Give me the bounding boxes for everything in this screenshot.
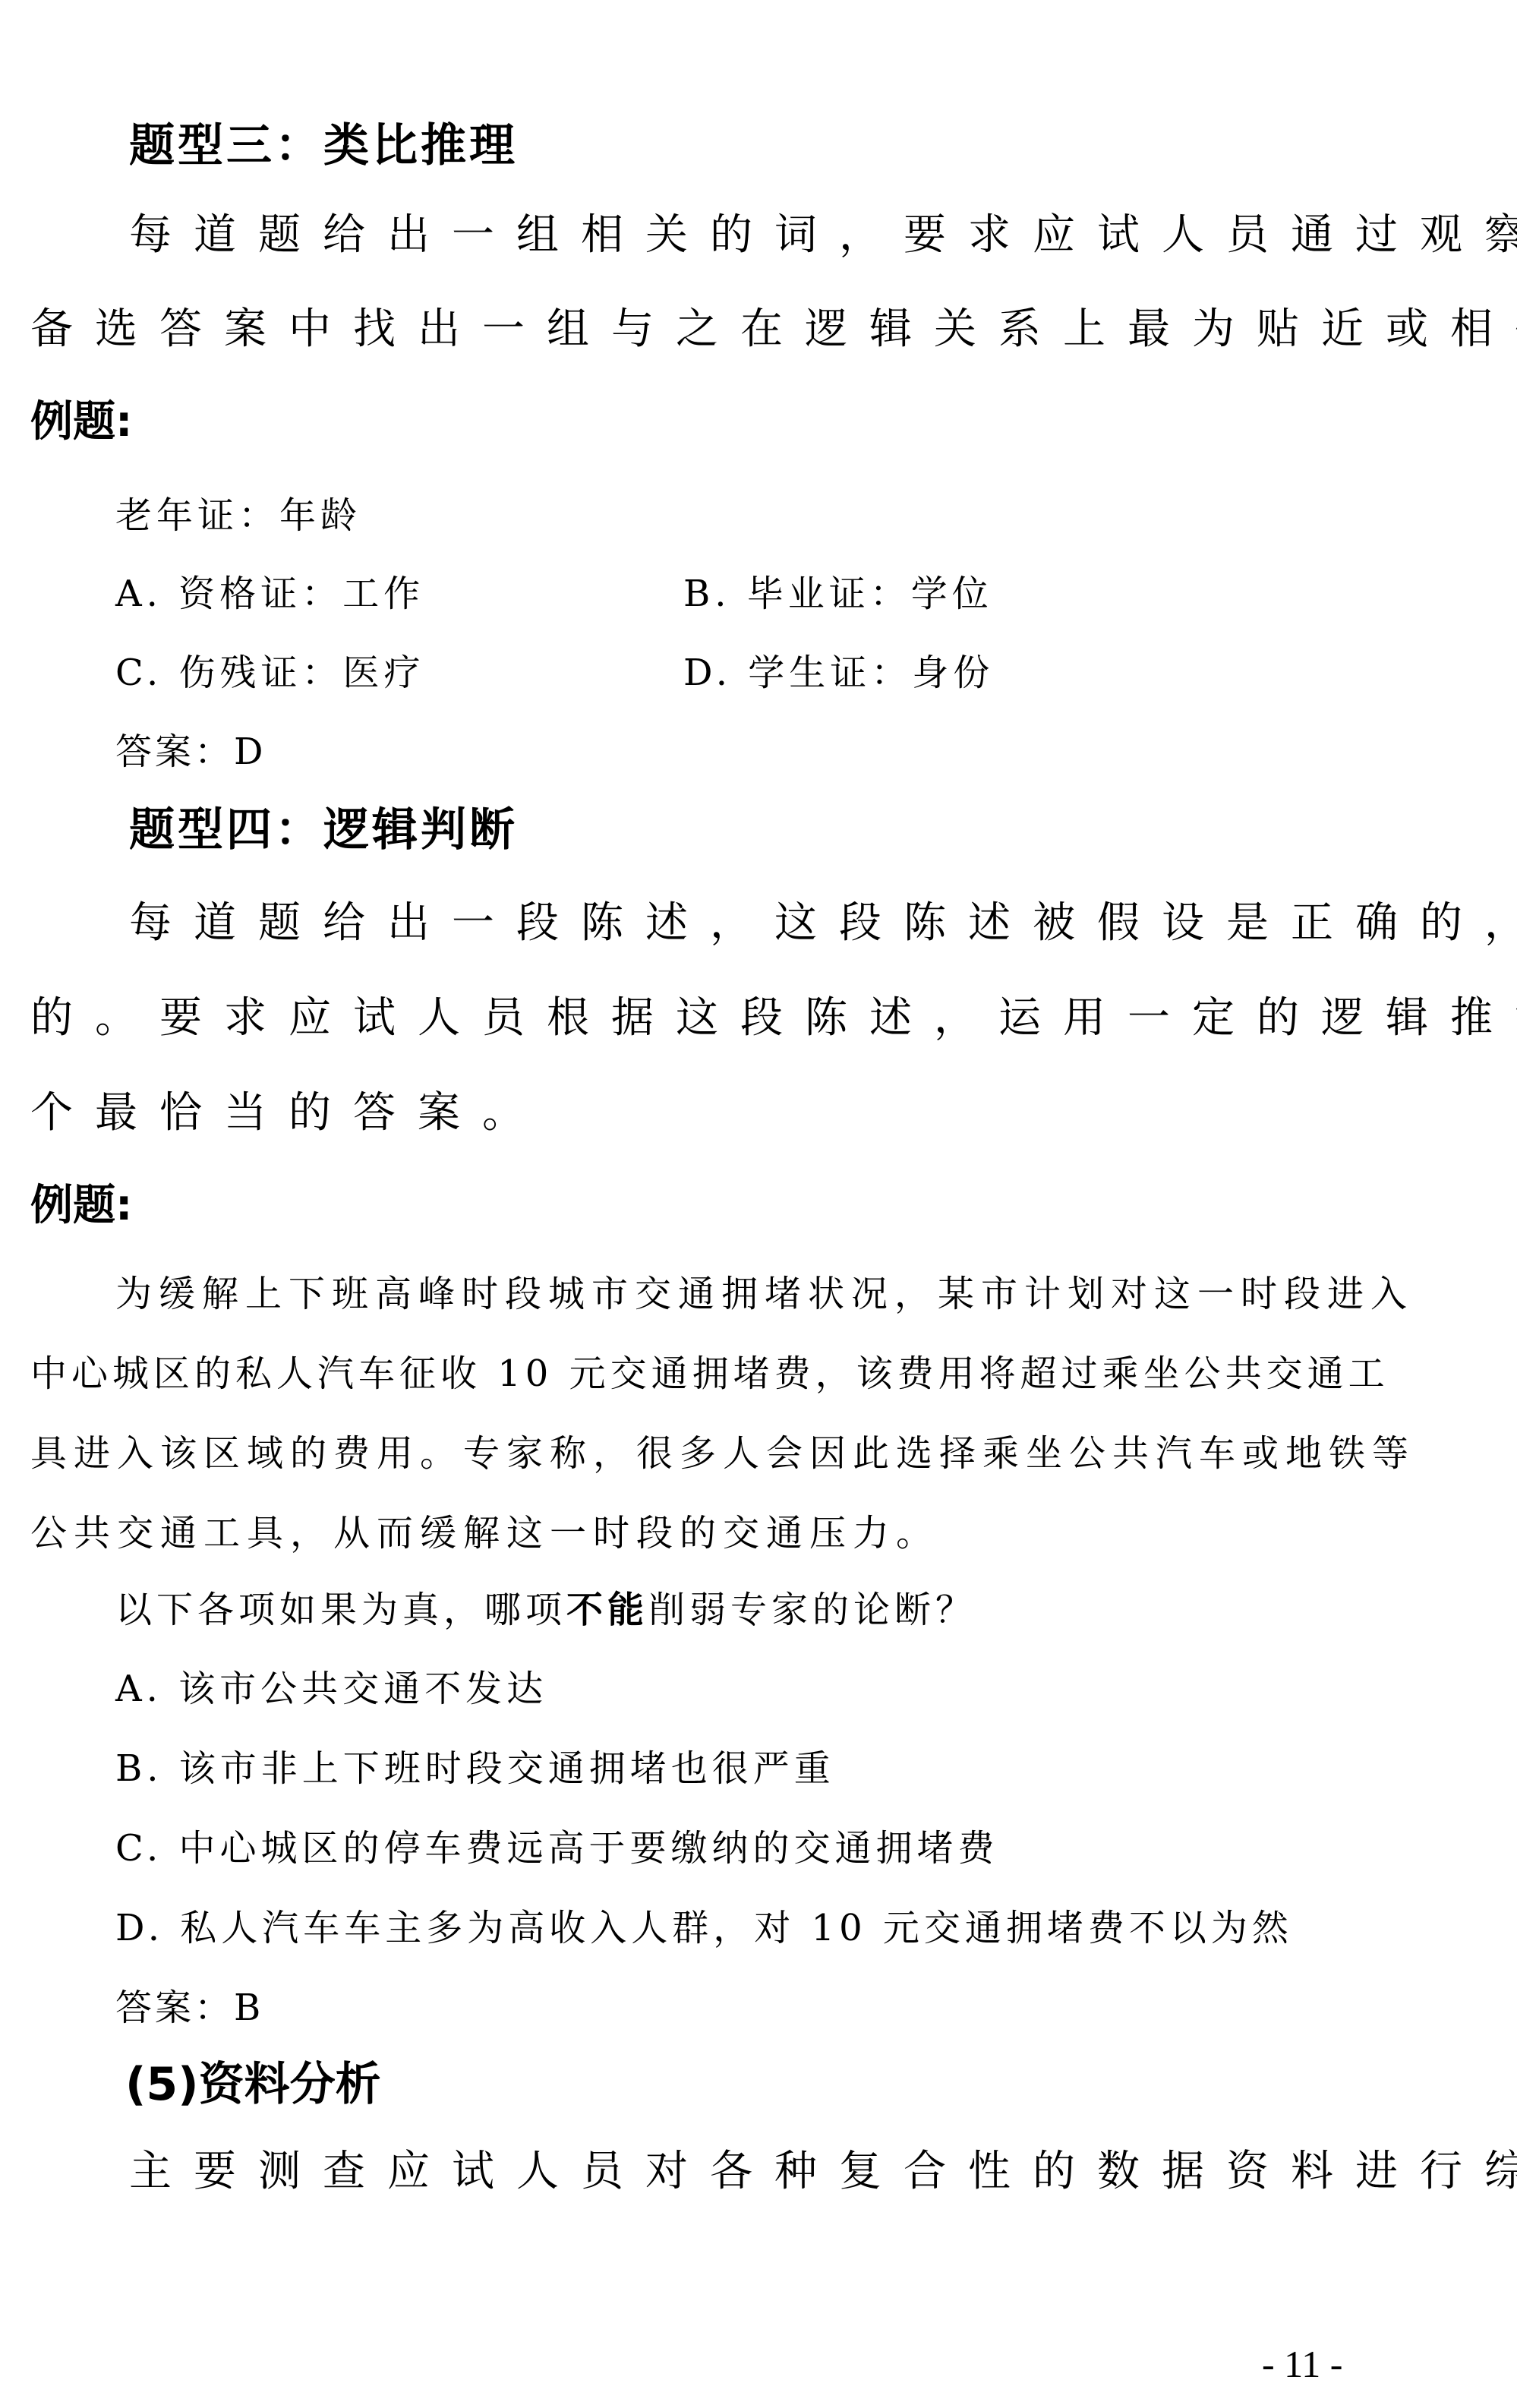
question-emphasis: 不能 — [566, 1589, 648, 1631]
section4-option-c: C. 中心城区的停车费远高于要缴纳的交通拥堵费 — [115, 1830, 999, 1867]
section3-stem: 老年证：年龄 — [115, 497, 361, 534]
section4-passage-line-2: 中心城区的私人汽车征收 10 元交通拥堵费，该费用将超过乘坐公共交通工 — [30, 1355, 1389, 1392]
section3-desc-line-1: 每道题给出一组相关的词，要求应试人员通过观察分析，在 — [129, 214, 1517, 257]
section4-answer: 答案：B — [115, 1990, 263, 2026]
page-number: - 11 - — [1262, 2345, 1342, 2383]
section4-passage-line-1: 为缓解上下班高峰时段城市交通拥堵状况，某市计划对这一时段进入 — [115, 1276, 1414, 1312]
section3-answer: 答案：D — [115, 734, 266, 770]
question-text-after: 削弱专家的论断？ — [648, 1589, 976, 1631]
section3-desc-line-2: 备选答案中找出一组与之在逻辑关系上最为贴近或相似的词。 — [30, 308, 1517, 351]
section4-desc-line-1: 每道题给出一段陈述，这段陈述被假设是正确的，不容置疑 — [129, 902, 1517, 945]
section5-desc-line-1: 主要测查应试人员对各种复合性的数据资料进行综合理解与 — [129, 2151, 1517, 2193]
section3-option-c: C. 伤残证：医疗 — [115, 655, 425, 691]
section4-desc-line-2: 的。要求应试人员根据这段陈述，运用一定的逻辑推论，选择一 — [30, 997, 1517, 1040]
section3-option-b: B. 毕业证：学位 — [683, 576, 993, 612]
question-text-before: 以下各项如果为真，哪项 — [115, 1589, 566, 1631]
section4-desc-line-3: 个最恰当的答案。 — [30, 1092, 547, 1135]
section4-option-b: B. 该市非上下班时段交通拥堵也很严重 — [115, 1750, 835, 1787]
section4-passage-line-4: 公共交通工具，从而缓解这一时段的交通压力。 — [30, 1515, 939, 1551]
section5-heading: (5)资料分析 — [125, 2062, 381, 2107]
section4-question: 以下各项如果为真，哪项不能削弱专家的论断？ — [115, 1592, 976, 1628]
section4-option-d: D. 私人汽车车主多为高收入人群，对 10 元交通拥堵费不以为然 — [115, 1910, 1293, 1946]
section4-example-label: 例题: — [30, 1185, 132, 1227]
section3-heading: 题型三：类比推理 — [129, 123, 518, 169]
section4-heading: 题型四：逻辑判断 — [129, 807, 518, 853]
section4-passage-line-3: 具进入该区域的费用。专家称，很多人会因此选择乘坐公共汽车或地铁等 — [30, 1435, 1415, 1472]
section4-option-a: A. 该市公共交通不发达 — [115, 1671, 547, 1707]
section3-example-label: 例题: — [30, 401, 132, 443]
section3-option-d: D. 学生证：身份 — [683, 655, 994, 691]
section3-option-a: A. 资格证：工作 — [115, 576, 424, 612]
